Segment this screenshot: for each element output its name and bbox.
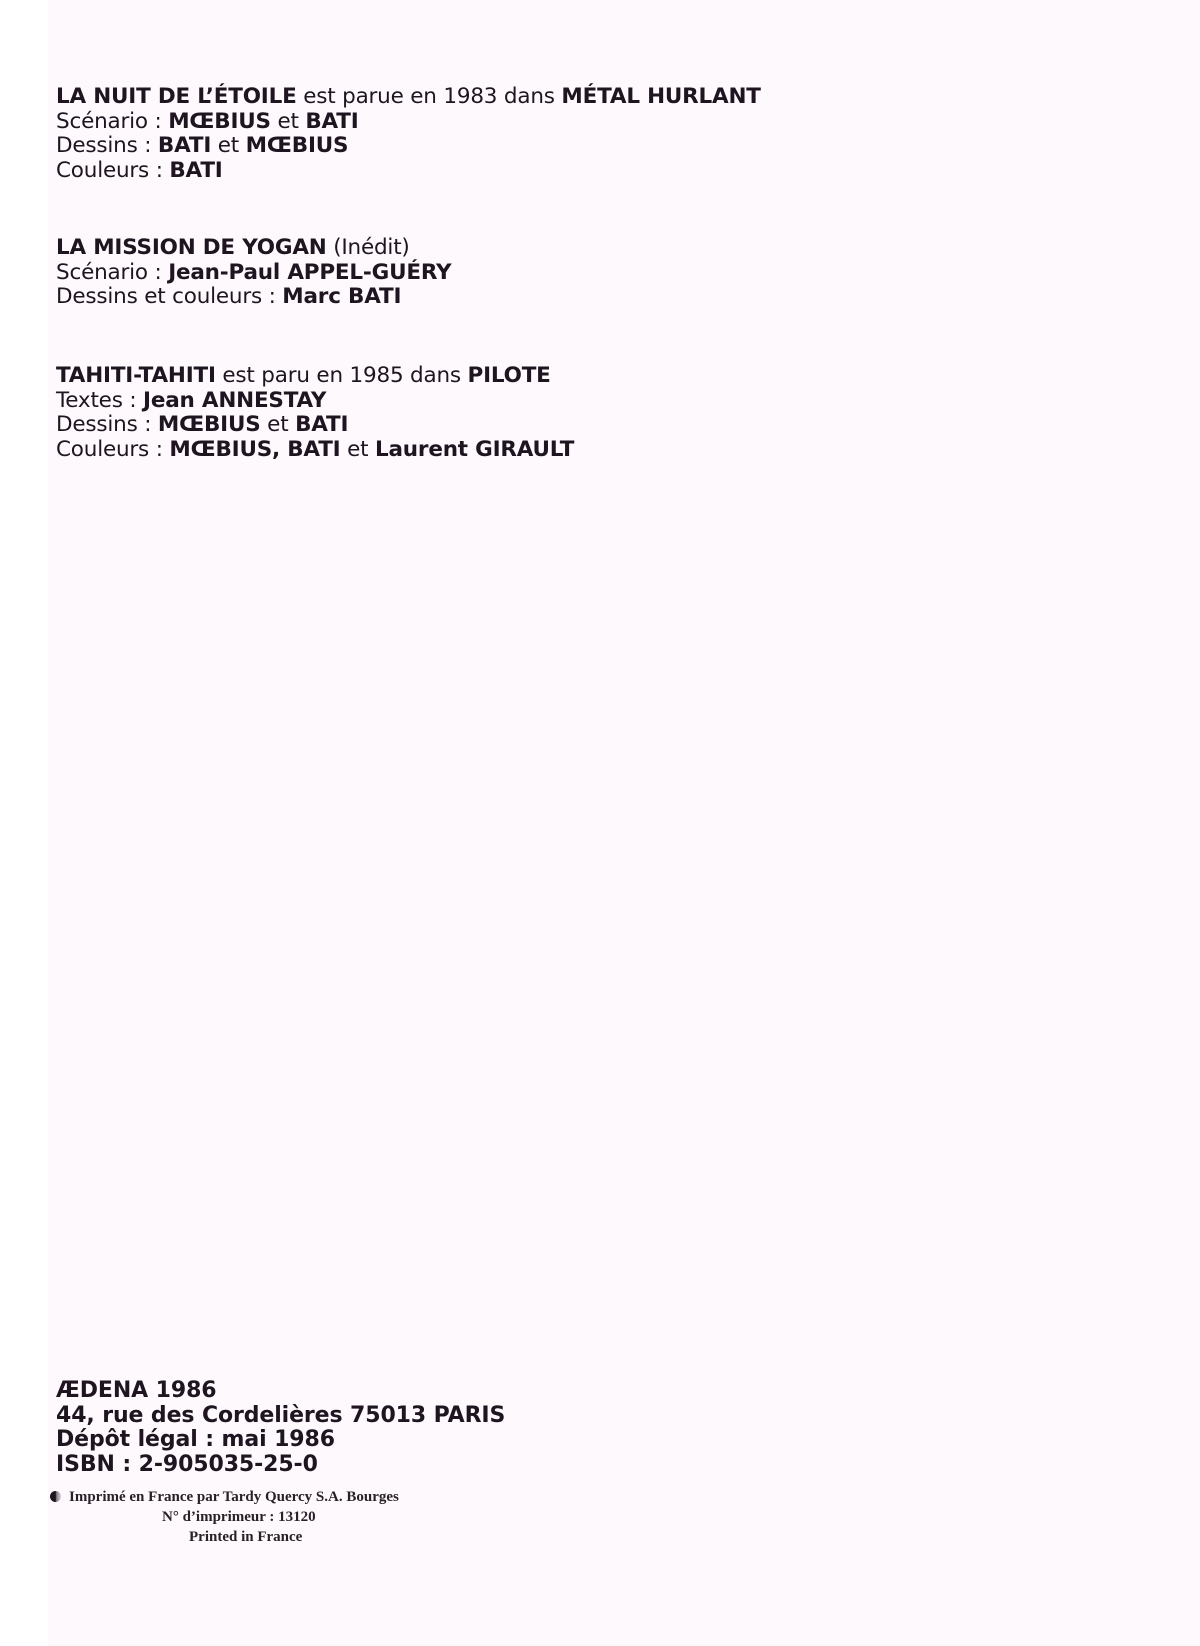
credit-value: BATI [169,158,222,183]
credit-title-line: TAHITI-TAHITI est paru en 1985 dans PILO… [56,364,574,389]
credit-block-tahiti-tahiti: TAHITI-TAHITI est paru en 1985 dans PILO… [56,364,574,462]
credit-line-dessins-couleurs: Dessins et couleurs : Marc BATI [56,285,451,310]
publication-name: PILOTE [468,363,551,388]
printed-in: Printed in France [50,1527,399,1547]
credit-value: BATI [305,109,358,134]
credit-value: MŒBIUS [168,109,271,134]
credit-line-couleurs: Couleurs : MŒBIUS, BATI et Laurent GIRAU… [56,438,574,463]
work-title: LA NUIT DE L’ÉTOILE [56,84,297,109]
credit-title-line: LA MISSION DE YOGAN (Inédit) [56,236,451,261]
credit-label: Scénario : [56,260,168,285]
credit-value: BATI [295,412,348,437]
credit-value: BATI [158,133,211,158]
credit-value: Jean ANNESTAY [143,388,326,413]
printed-by: Imprimé en France par Tardy Quercy S.A. … [69,1489,399,1505]
credit-line-dessins: Dessins : BATI et MŒBIUS [56,134,761,159]
credit-label: Couleurs : [56,437,169,462]
credit-join: et [340,437,375,462]
legal-deposit: Dépôt légal : mai 1986 [56,1428,505,1453]
credit-label: Dessins : [56,133,158,158]
page-margin [0,0,48,1646]
credit-line-textes: Textes : Jean ANNESTAY [56,389,574,414]
credit-line-couleurs: Couleurs : BATI [56,159,761,184]
publication-name: MÉTAL HURLANT [561,84,760,109]
credit-value: Marc BATI [282,284,401,309]
title-suffix: (Inédit) [327,235,410,260]
isbn: ISBN : 2-905035-25-0 [56,1453,505,1478]
credit-join: et [261,412,296,437]
credit-label: Dessins : [56,412,158,437]
publisher-name-year: ÆDENA 1986 [56,1379,505,1404]
credit-block-la-mission-de-yogan: LA MISSION DE YOGAN (Inédit) Scénario : … [56,236,451,310]
work-title: LA MISSION DE YOGAN [56,235,327,260]
title-suffix: est paru en 1985 dans [216,363,468,388]
credit-label: Textes : [56,388,143,413]
publisher-block: ÆDENA 1986 44, rue des Cordelières 75013… [56,1379,505,1477]
title-suffix: est parue en 1983 dans [297,84,562,109]
credit-value: MŒBIUS [246,133,349,158]
credit-value: Laurent GIRAULT [375,437,574,462]
printer-number: N° d’imprimeur : 13120 [50,1507,399,1527]
credit-value: MŒBIUS, BATI [169,437,340,462]
credit-value: MŒBIUS [158,412,261,437]
credit-title-line: LA NUIT DE L’ÉTOILE est parue en 1983 da… [56,85,761,110]
credit-label: Couleurs : [56,158,169,183]
credit-join: et [271,109,306,134]
work-title: TAHITI-TAHITI [56,363,216,388]
credit-line-dessins: Dessins : MŒBIUS et BATI [56,413,574,438]
printer-block: Imprimé en France par Tardy Quercy S.A. … [50,1487,399,1547]
credit-line-scenario: Scénario : Jean-Paul APPEL-GUÉRY [56,261,451,286]
credit-value: Jean-Paul APPEL-GUÉRY [168,260,451,285]
credit-label: Scénario : [56,109,168,134]
credit-line-scenario: Scénario : MŒBIUS et BATI [56,110,761,135]
publisher-address: 44, rue des Cordelières 75013 PARIS [56,1404,505,1429]
printed-by-line: Imprimé en France par Tardy Quercy S.A. … [50,1487,399,1507]
credit-block-la-nuit-de-l-etoile: LA NUIT DE L’ÉTOILE est parue en 1983 da… [56,85,761,183]
credit-join: et [211,133,246,158]
printer-mark-icon [50,1491,61,1502]
credit-label: Dessins et couleurs : [56,284,282,309]
